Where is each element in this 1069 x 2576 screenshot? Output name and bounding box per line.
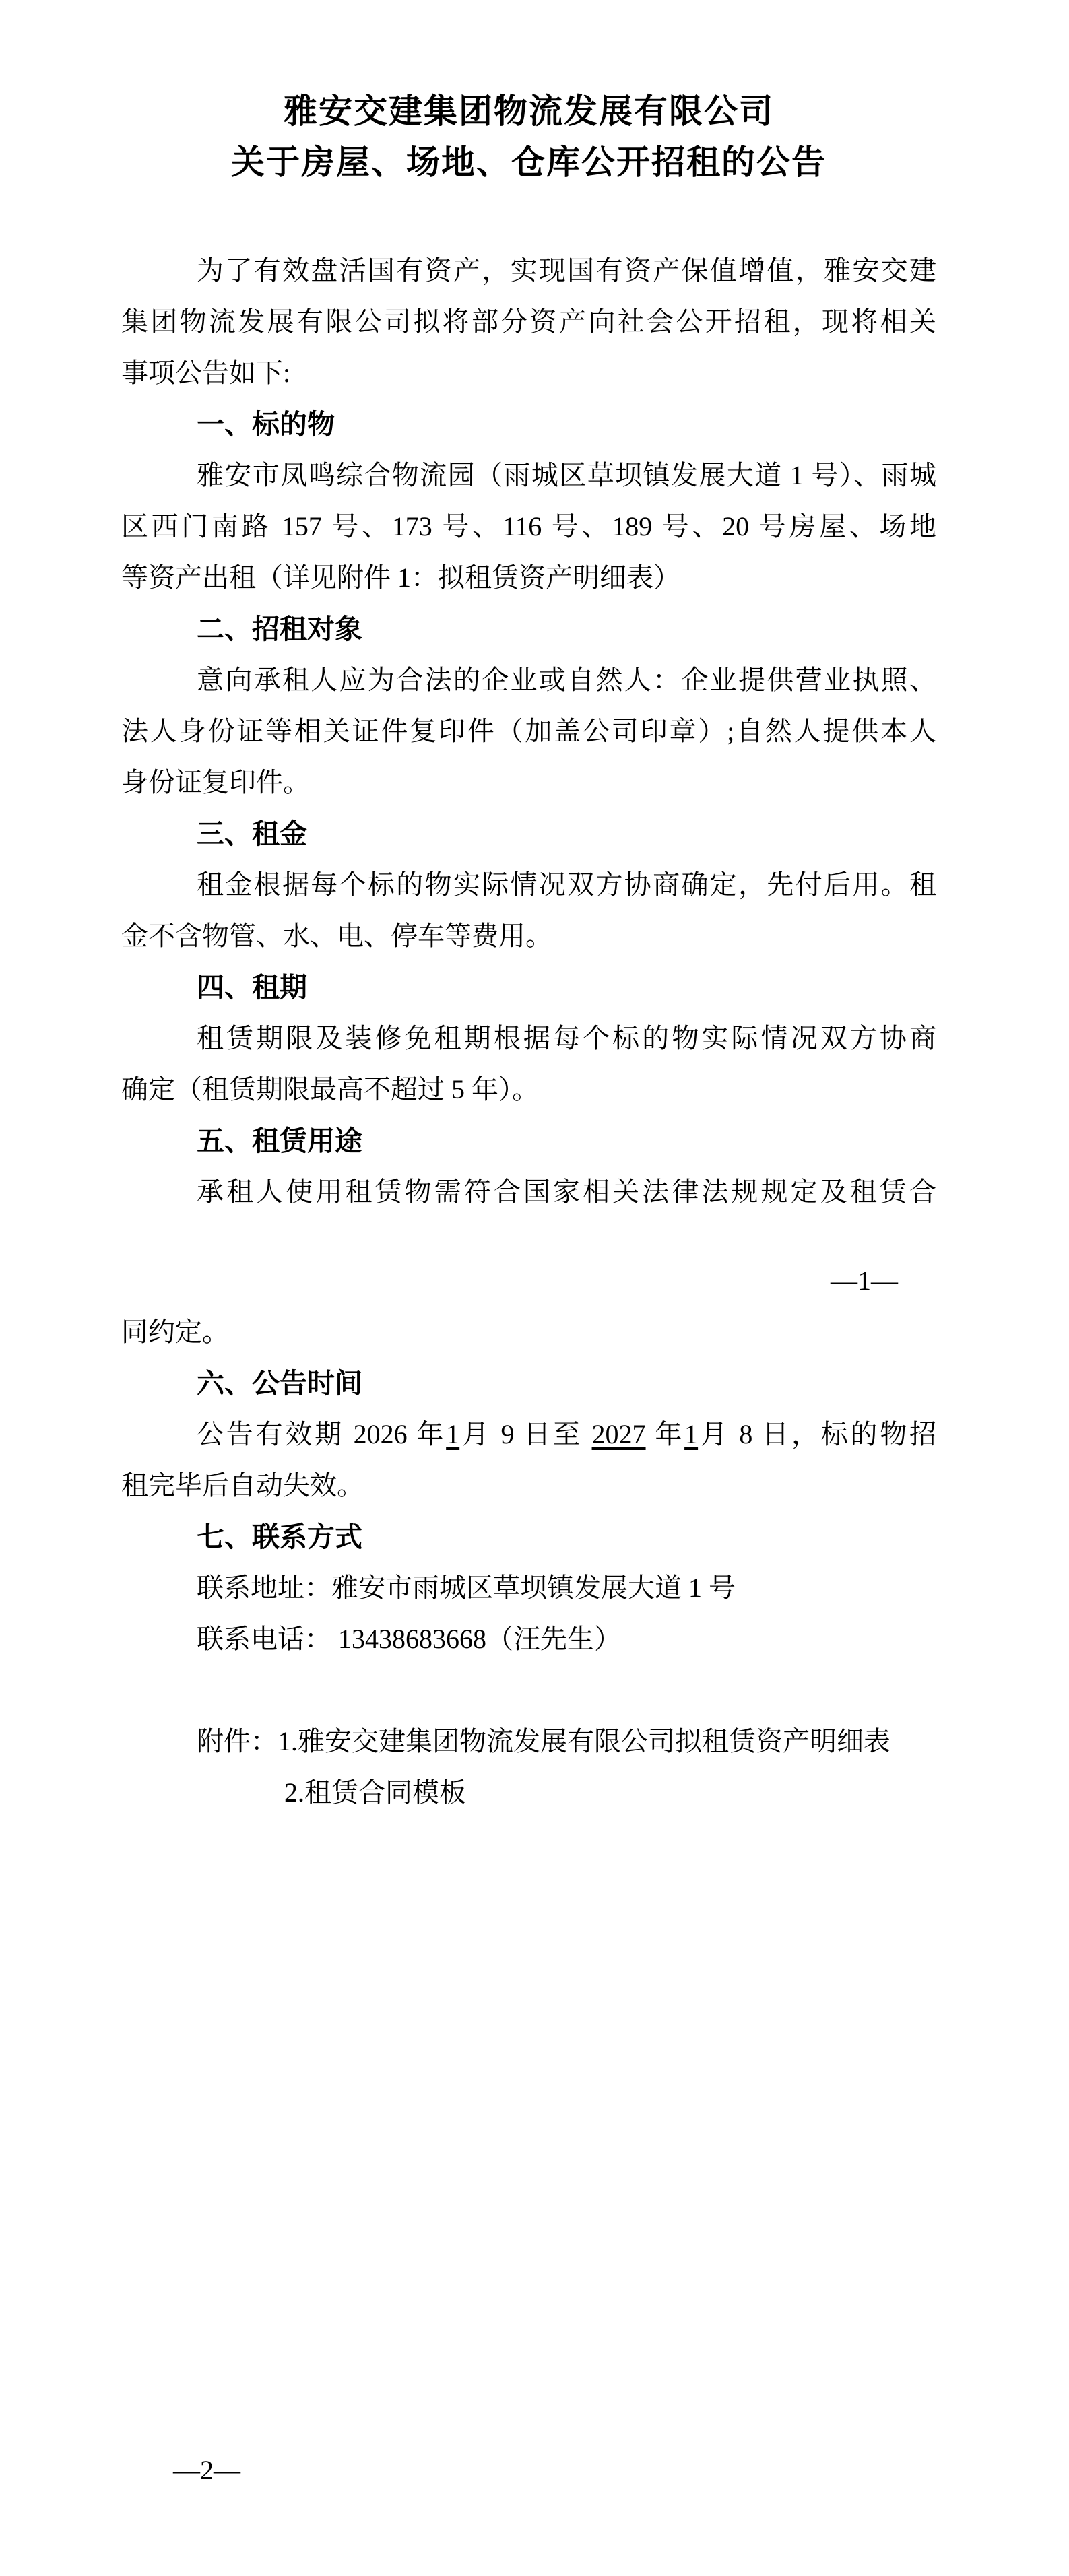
body-line: 法人身份证等相关证件复印件（加盖公司印章）;自然人提供本人 bbox=[121, 706, 936, 757]
section-heading-tenant-eligibility: 二、招租对象 bbox=[197, 603, 936, 655]
title-line-subject: 关于房屋、场地、仓库公开招租的公告 bbox=[121, 137, 936, 188]
body-line: 租赁期限及装修免租期根据每个标的物实际情况双方协商 bbox=[121, 1013, 936, 1064]
section-body-subject-matter: 雅安市凤鸣综合物流园（雨城区草坝镇发展大道 1 号）、雨城 区西门南路 157 … bbox=[121, 450, 936, 603]
attachment-item-2: 2.租赁合同模板 bbox=[121, 1767, 936, 1818]
section-heading-announcement-period: 六、公告时间 bbox=[197, 1358, 936, 1409]
section-heading-subject-matter: 一、标的物 bbox=[197, 399, 936, 450]
body-line: 金不含物管、水、电、停车等费用。 bbox=[121, 911, 936, 962]
section-heading-lease-use: 五、租赁用途 bbox=[197, 1115, 936, 1166]
body-line: 身份证复印件。 bbox=[121, 757, 936, 808]
intro-line: 为了有效盘活国有资产，实现国有资产保值增值，雅安交建 bbox=[121, 245, 936, 296]
body-line: 承租人使用租赁物需符合国家相关法律法规规定及租赁合 bbox=[121, 1166, 936, 1218]
body-line: 租完毕后自动失效。 bbox=[121, 1460, 936, 1511]
contact-phone-line: 联系电话： 13438683668（汪先生） bbox=[121, 1614, 936, 1665]
section-heading-rent: 三、租金 bbox=[197, 808, 936, 859]
body-line-continuation: 同约定。 bbox=[121, 1307, 936, 1358]
section-body-lease-term: 租赁期限及装修免租期根据每个标的物实际情况双方协商 确定（租赁期限最高不超过 5… bbox=[121, 1013, 936, 1115]
document: 雅安交建集团物流发展有限公司 关于房屋、场地、仓库公开招租的公告 为了有效盘活国… bbox=[121, 86, 936, 1818]
section-body-lease-use: 承租人使用租赁物需符合国家相关法律法规规定及租赁合 bbox=[121, 1166, 936, 1218]
body-line: 雅安市凤鸣综合物流园（雨城区草坝镇发展大道 1 号）、雨城 bbox=[121, 450, 936, 501]
body-line-dates: 公告有效期 2026 年1月 9 日至 2027 年1月 8 日，标的物招 bbox=[121, 1409, 936, 1460]
document-title: 雅安交建集团物流发展有限公司 关于房屋、场地、仓库公开招租的公告 bbox=[121, 86, 936, 188]
section-heading-lease-term: 四、租期 bbox=[197, 962, 936, 1013]
section-body-tenant-eligibility: 意向承租人应为合法的企业或自然人：企业提供营业执照、 法人身份证等相关证件复印件… bbox=[121, 655, 936, 808]
intro-paragraph: 为了有效盘活国有资产，实现国有资产保值增值，雅安交建 集团物流发展有限公司拟将部… bbox=[121, 245, 936, 399]
body-line: 确定（租赁期限最高不超过 5 年）。 bbox=[121, 1064, 936, 1115]
body-line: 区西门南路 157 号、173 号、116 号、189 号、20 号房屋、场地 bbox=[121, 501, 936, 552]
document-content: 为了有效盘活国有资产，实现国有资产保值增值，雅安交建 集团物流发展有限公司拟将部… bbox=[121, 245, 936, 1818]
intro-line: 事项公告如下: bbox=[121, 348, 936, 399]
announcement-page: 雅安交建集团物流发展有限公司 关于房屋、场地、仓库公开招租的公告 为了有效盘活国… bbox=[0, 0, 1069, 2576]
body-line: 租金根据每个标的物实际情况双方协商确定，先付后用。租 bbox=[121, 859, 936, 911]
section-heading-contact: 七、联系方式 bbox=[197, 1511, 936, 1562]
intro-line: 集团物流发展有限公司拟将部分资产向社会公开招租，现将相关 bbox=[121, 296, 936, 348]
body-line: 等资产出租（详见附件 1：拟租赁资产明细表） bbox=[121, 552, 936, 603]
title-line-company: 雅安交建集团物流发展有限公司 bbox=[121, 86, 936, 137]
section-body-rent: 租金根据每个标的物实际情况双方协商确定，先付后用。租 金不含物管、水、电、停车等… bbox=[121, 859, 936, 962]
page-1-footer-number: —1— bbox=[121, 1255, 936, 1307]
attachment-item-1: 附件：1.雅安交建集团物流发展有限公司拟租赁资产明细表 bbox=[121, 1716, 936, 1767]
section-body-announcement-period: 公告有效期 2026 年1月 9 日至 2027 年1月 8 日，标的物招 租完… bbox=[121, 1409, 936, 1511]
attachments-block: 附件：1.雅安交建集团物流发展有限公司拟租赁资产明细表 2.租赁合同模板 bbox=[121, 1716, 936, 1818]
contact-address-line: 联系地址：雅安市雨城区草坝镇发展大道 1 号 bbox=[121, 1562, 936, 1614]
section-body-contact: 联系地址：雅安市雨城区草坝镇发展大道 1 号 联系电话： 13438683668… bbox=[121, 1562, 936, 1665]
page-2-footer-number: —2— bbox=[173, 2457, 240, 2484]
body-line: 意向承租人应为合法的企业或自然人：企业提供营业执照、 bbox=[121, 655, 936, 706]
